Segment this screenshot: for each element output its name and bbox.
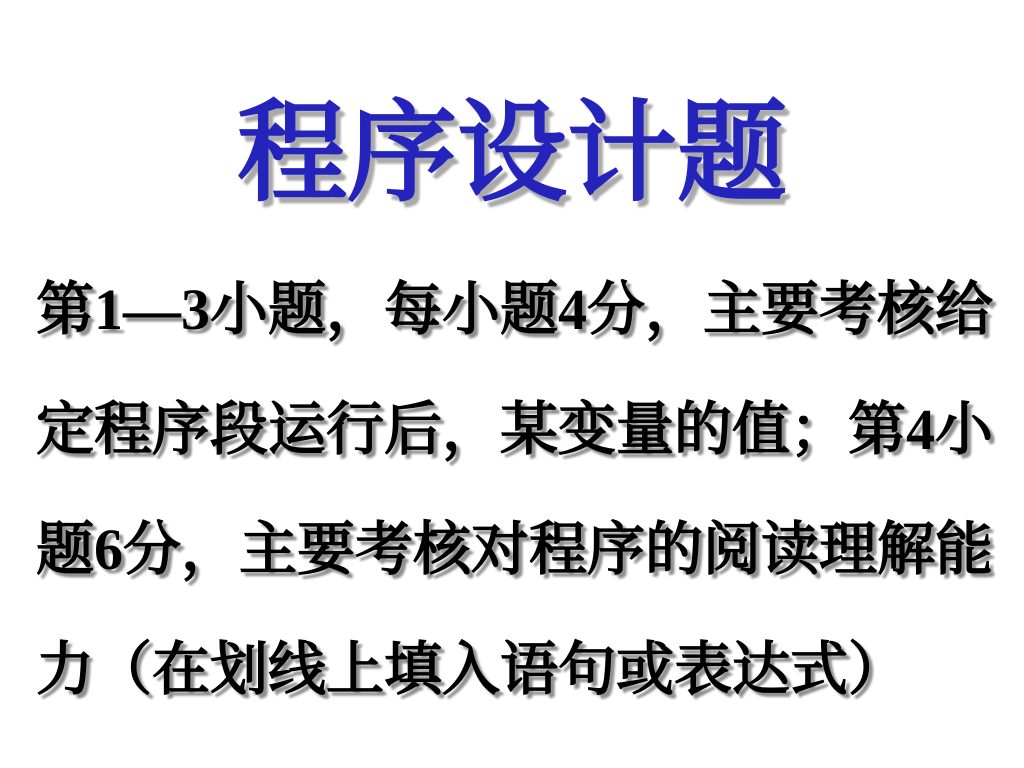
body-line-1: 第1—3小题，每小题4分，主要考核给	[36, 250, 996, 370]
body-line-2: 定程序段运行后，某变量的值；第4小	[36, 370, 996, 490]
presentation-slide: 程序设计题 第1—3小题，每小题4分，主要考核给 定程序段运行后，某变量的值；第…	[0, 0, 1024, 768]
slide-body: 第1—3小题，每小题4分，主要考核给 定程序段运行后，某变量的值；第4小 题6分…	[36, 250, 996, 730]
slide-title: 程序设计题	[0, 86, 1024, 224]
body-line-4: 力（在划线上填入语句或表达式）	[36, 610, 996, 730]
body-line-3: 题6分，主要考核对程序的阅读理解能	[36, 490, 996, 610]
